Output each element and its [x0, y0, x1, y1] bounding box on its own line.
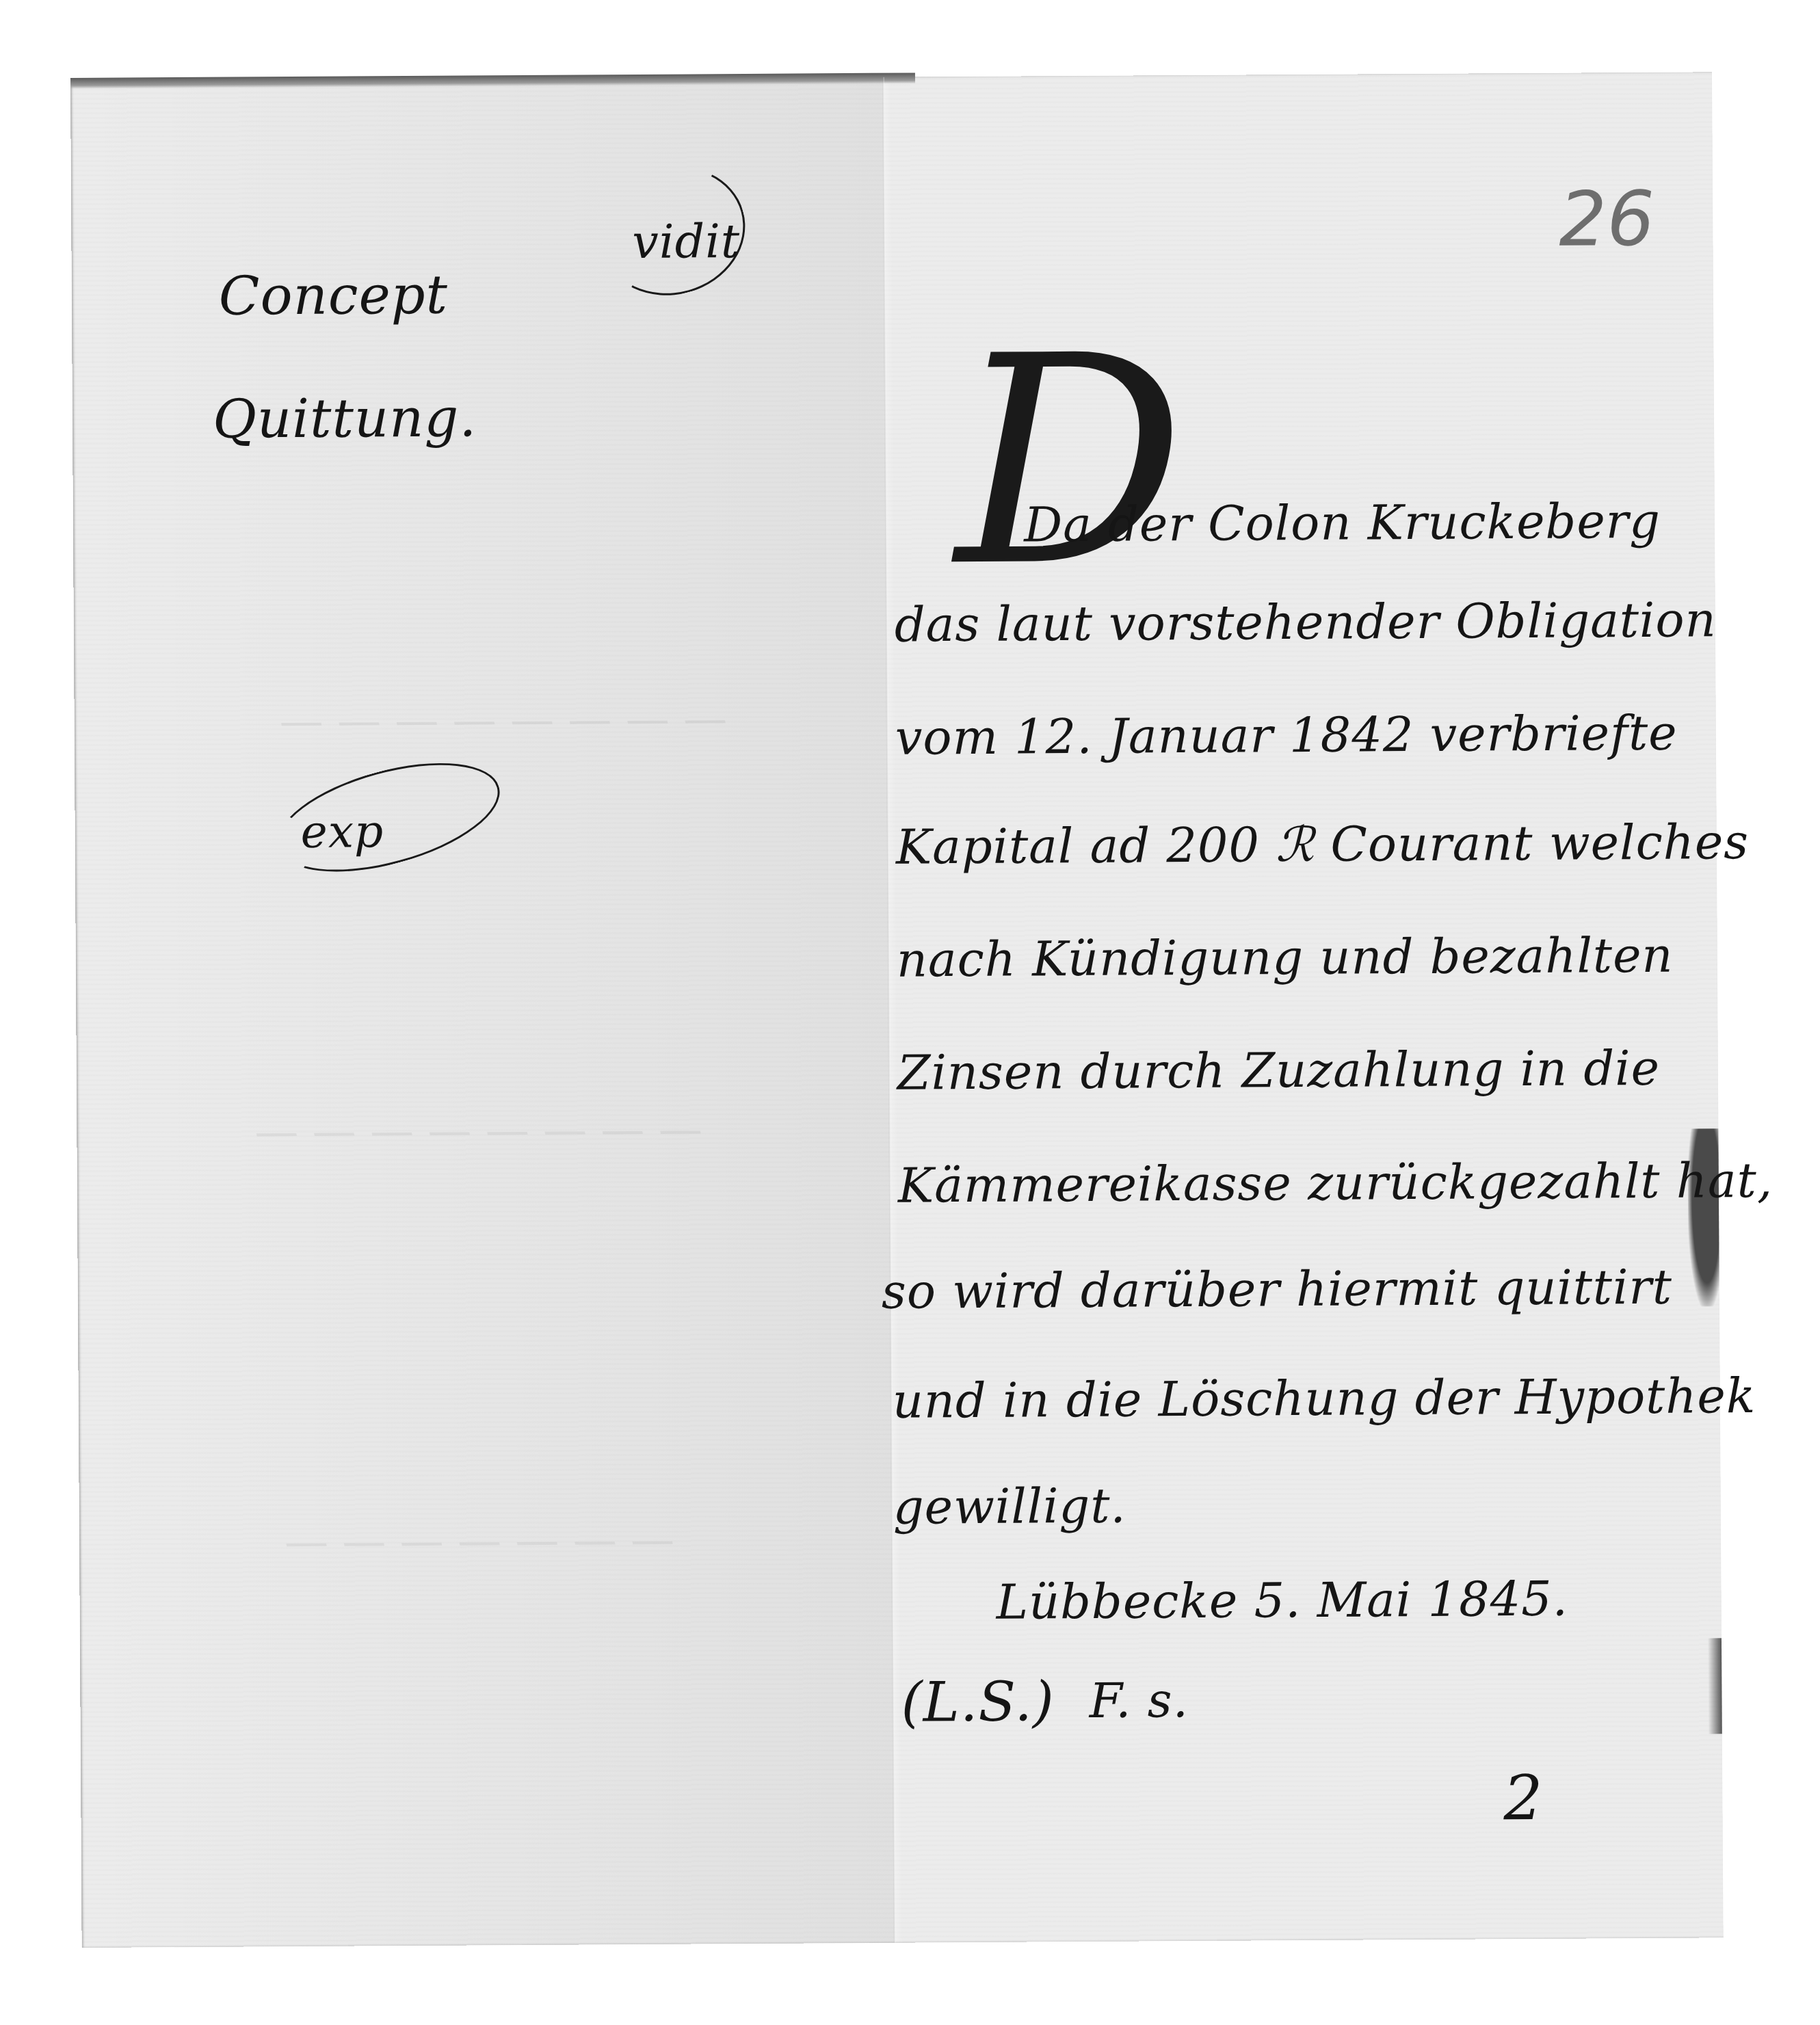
body-line-7: Kämmereikasse zurückgezahlt hat, — [898, 1152, 1773, 1214]
body-line-5: nach Kündigung und bezahlten — [897, 927, 1674, 988]
body-line-10: gewilligt. — [893, 1478, 1126, 1535]
place-and-date: Lübbecke 5. Mai 1845. — [996, 1571, 1568, 1630]
bleed-through-text: — — — — — — — — — [279, 693, 727, 747]
exp-oval — [265, 742, 512, 892]
margin-heading-concept: Concept — [219, 265, 449, 328]
body-line-4: Kapital ad 200 ℛ Courant welches — [896, 814, 1750, 875]
body-line-6: Zinsen durch Zuzahlung in die — [897, 1040, 1661, 1101]
body-line-2: das laut vorstehender Obligation — [895, 592, 1717, 652]
seal-mark: (L.S.) — [901, 1669, 1055, 1734]
body-line-8: so wird darüber hiermit quittirt — [882, 1259, 1673, 1320]
bleed-through-text: — — — — — — — — [285, 1515, 675, 1567]
bleed-through-text: — — — — — — — — — [254, 1104, 702, 1157]
body-line-1: Da der Colon Kruckeberg — [1024, 493, 1661, 553]
document-page: — — — — — — — — — — — — — — — — — — — — … — [70, 72, 1724, 1948]
body-line-3: vom 12. Januar 1842 verbriefte — [895, 705, 1678, 766]
bottom-paraph-mark: 2 — [1503, 1762, 1544, 1834]
body-line-9: und in die Löschung der Hypothek — [893, 1368, 1756, 1429]
right-edge-shadow-lower — [1708, 1638, 1722, 1734]
vidit-flourish — [584, 150, 761, 312]
decorative-initial-d: D — [954, 318, 1186, 607]
top-edge-shadow — [70, 72, 915, 89]
signature: F. s. — [1089, 1672, 1189, 1729]
margin-heading-quittung: Quittung. — [213, 387, 477, 450]
page-number: 26 — [1559, 175, 1655, 263]
vertical-fold-line — [882, 77, 896, 1943]
